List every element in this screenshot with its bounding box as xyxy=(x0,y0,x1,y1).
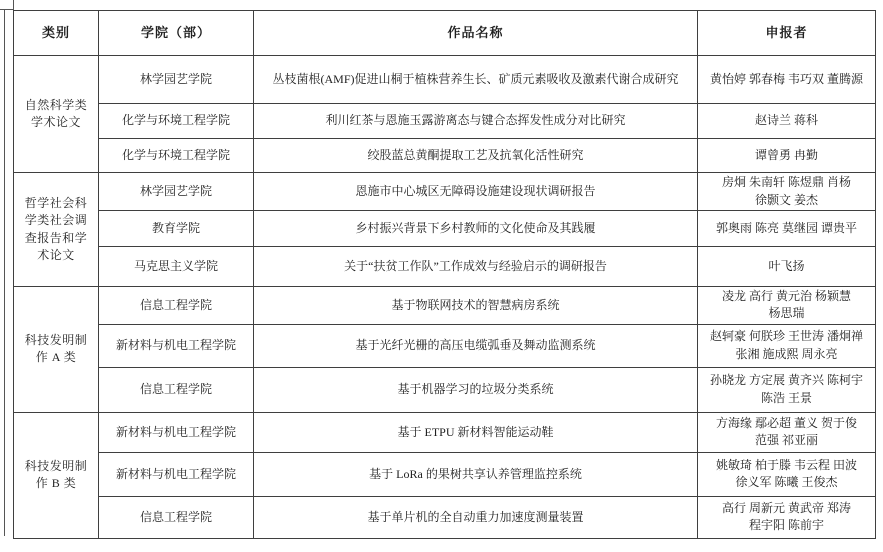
work-cell: 基于单片机的全自动重力加速度测量装置 xyxy=(254,496,698,538)
work-cell: 绞股蓝总黄酮提取工艺及抗氧化活性研究 xyxy=(254,139,698,173)
header-row: 类别 学院（部） 作品名称 申报者 xyxy=(14,11,876,56)
table-row: 马克思主义学院 关于“扶贫工作队”工作成效与经验启示的调研报告 叶飞扬 xyxy=(14,247,876,287)
college-cell: 新材料与机电工程学院 xyxy=(99,412,254,452)
work-cell: 关于“扶贫工作队”工作成效与经验启示的调研报告 xyxy=(254,247,698,287)
category-cell: 自然科学类 学术论文 xyxy=(14,56,99,173)
college-cell: 林学园艺学院 xyxy=(99,56,254,104)
table-row: 自然科学类 学术论文 林学园艺学院 丛枝菌根(AMF)促进山桐于植株营养生长、矿… xyxy=(14,56,876,104)
college-cell: 林学园艺学院 xyxy=(99,173,254,211)
page-edge-line xyxy=(4,10,5,536)
work-cell: 丛枝菌根(AMF)促进山桐于植株营养生长、矿质元素吸收及激素代谢合成研究 xyxy=(254,56,698,104)
applicants-cell: 方海缘 鄢必超 董义 贺于俊 范强 祁亚丽 xyxy=(698,412,876,452)
category-cell: 科技发明制 作 B 类 xyxy=(14,412,99,538)
table-row: 化学与环境工程学院 利川红茶与恩施玉露游离态与键合态挥发性成分对比研究 赵诗兰 … xyxy=(14,104,876,139)
header-work: 作品名称 xyxy=(254,11,698,56)
table-row: 化学与环境工程学院 绞股蓝总黄酮提取工艺及抗氧化活性研究 谭曾勇 冉勤 xyxy=(14,139,876,173)
work-cell: 利川红茶与恩施玉露游离态与键合态挥发性成分对比研究 xyxy=(254,104,698,139)
applicants-cell: 黄怡婷 郭春梅 韦巧双 董腾源 xyxy=(698,56,876,104)
college-cell: 信息工程学院 xyxy=(99,367,254,412)
applicants-cell: 郭奥雨 陈亮 莫继园 谭贵平 xyxy=(698,211,876,247)
college-cell: 教育学院 xyxy=(99,211,254,247)
college-cell: 信息工程学院 xyxy=(99,496,254,538)
college-cell: 新材料与机电工程学院 xyxy=(99,324,254,367)
work-cell: 基于机器学习的垃圾分类系统 xyxy=(254,367,698,412)
awards-table: 类别 学院（部） 作品名称 申报者 自然科学类 学术论文 林学园艺学院 丛枝菌根… xyxy=(13,10,876,539)
work-cell: 基于 ETPU 新材料智能运动鞋 xyxy=(254,412,698,452)
document-page: 类别 学院（部） 作品名称 申报者 自然科学类 学术论文 林学园艺学院 丛枝菌根… xyxy=(0,0,883,552)
table-row: 新材料与机电工程学院 基于 LoRa 的果树共享认养管理监控系统 姚敏琦 柏于滕… xyxy=(14,452,876,496)
college-cell: 化学与环境工程学院 xyxy=(99,139,254,173)
applicants-cell: 房炯 朱南轩 陈煜鼎 肖杨 徐颢文 姜杰 xyxy=(698,173,876,211)
applicants-cell: 姚敏琦 柏于滕 韦云程 田波 徐义军 陈曦 王俊杰 xyxy=(698,452,876,496)
table-row: 新材料与机电工程学院 基于光纤光栅的高压电缆弧垂及舞动监测系统 赵轲豪 何朕珍 … xyxy=(14,324,876,367)
applicants-cell: 凌龙 高行 黄元治 杨颖慧 杨思瑞 xyxy=(698,287,876,325)
work-cell: 基于光纤光栅的高压电缆弧垂及舞动监测系统 xyxy=(254,324,698,367)
college-cell: 化学与环境工程学院 xyxy=(99,104,254,139)
table-row: 哲学社会科 学类社会调 查报告和学 术论文 林学园艺学院 恩施市中心城区无障碍设… xyxy=(14,173,876,211)
work-cell: 基于物联网技术的智慧病房系统 xyxy=(254,287,698,325)
college-cell: 新材料与机电工程学院 xyxy=(99,452,254,496)
work-cell: 基于 LoRa 的果树共享认养管理监控系统 xyxy=(254,452,698,496)
college-cell: 信息工程学院 xyxy=(99,287,254,325)
header-college: 学院（部） xyxy=(99,11,254,56)
table-row: 科技发明制 作 B 类 新材料与机电工程学院 基于 ETPU 新材料智能运动鞋 … xyxy=(14,412,876,452)
work-cell: 乡村振兴背景下乡村教师的文化使命及其践履 xyxy=(254,211,698,247)
table-row: 信息工程学院 基于机器学习的垃圾分类系统 孙晓龙 方定展 黄齐兴 陈柯宇 陈浩 … xyxy=(14,367,876,412)
header-applicants: 申报者 xyxy=(698,11,876,56)
category-cell: 科技发明制 作 A 类 xyxy=(14,287,99,413)
college-cell: 马克思主义学院 xyxy=(99,247,254,287)
table-row: 教育学院 乡村振兴背景下乡村教师的文化使命及其践履 郭奥雨 陈亮 莫继园 谭贵平 xyxy=(14,211,876,247)
applicants-cell: 高行 周新元 黄武帝 郑涛 程宇阳 陈前宇 xyxy=(698,496,876,538)
category-cell: 哲学社会科 学类社会调 查报告和学 术论文 xyxy=(14,173,99,287)
applicants-cell: 谭曾勇 冉勤 xyxy=(698,139,876,173)
page-corner-notch xyxy=(0,0,14,10)
work-cell: 恩施市中心城区无障碍设施建设现状调研报告 xyxy=(254,173,698,211)
table-row: 科技发明制 作 A 类 信息工程学院 基于物联网技术的智慧病房系统 凌龙 高行 … xyxy=(14,287,876,325)
table-row: 信息工程学院 基于单片机的全自动重力加速度测量装置 高行 周新元 黄武帝 郑涛 … xyxy=(14,496,876,538)
applicants-cell: 孙晓龙 方定展 黄齐兴 陈柯宇 陈浩 王景 xyxy=(698,367,876,412)
header-category: 类别 xyxy=(14,11,99,56)
applicants-cell: 赵轲豪 何朕珍 王世涛 潘炯禅 张湘 施成熙 周永亮 xyxy=(698,324,876,367)
applicants-cell: 赵诗兰 蒋科 xyxy=(698,104,876,139)
applicants-cell: 叶飞扬 xyxy=(698,247,876,287)
